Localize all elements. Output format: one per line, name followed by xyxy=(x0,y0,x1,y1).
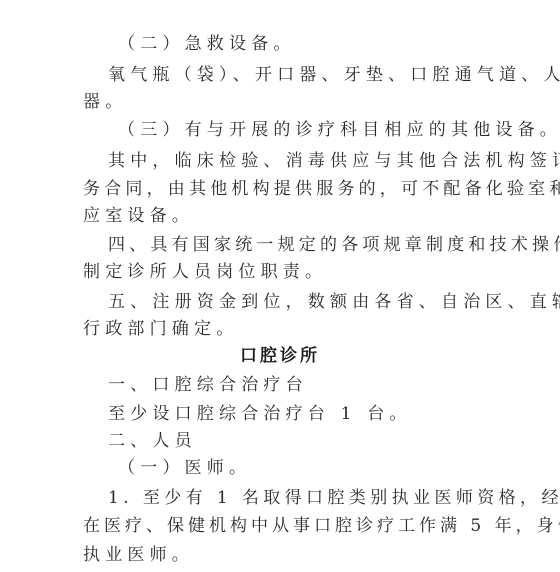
section-title: 口腔诊所 xyxy=(0,346,560,366)
document-page: （二）急救设备。 氧气瓶（袋）、开口器、牙垫、口腔通气道、人工呼吸 器。 （三）… xyxy=(0,0,560,572)
item-heading: 二、人员 xyxy=(108,431,533,451)
paragraph-line: 行政部门确定。 xyxy=(83,319,508,339)
subsection-heading: （一）医师。 xyxy=(118,458,543,478)
paragraph-line: 四、具有国家统一规定的各项规章制度和技术操作规范， xyxy=(108,235,533,255)
subsection-heading: （二）急救设备。 xyxy=(118,34,543,54)
paragraph-line: 氧气瓶（袋）、开口器、牙垫、口腔通气道、人工呼吸 xyxy=(108,65,533,85)
paragraph-line: 器。 xyxy=(83,92,508,112)
paragraph-line: 至少设口腔综合治疗台 1 台。 xyxy=(108,404,533,424)
item-heading: 一、口腔综合治疗台 xyxy=(108,375,533,395)
subsection-heading: （三）有与开展的诊疗科目相应的其他设备。 xyxy=(118,120,543,140)
paragraph-line: 应室设备。 xyxy=(83,206,508,226)
paragraph-line: 1. 至少有 1 名取得口腔类别执业医师资格，经注册后 xyxy=(108,488,533,508)
paragraph-line: 在医疗、保健机构中从事口腔诊疗工作满 5 年，身体健康的 xyxy=(83,516,508,536)
paragraph-line: 其中，临床检验、消毒供应与其他合法机构签订相关服 xyxy=(108,151,533,171)
paragraph-line: 务合同，由其他机构提供服务的，可不配备化验室和消毒供 xyxy=(83,179,508,199)
paragraph-line: 五、注册资金到位，数额由各省、自治区、直辖市卫生 xyxy=(108,292,533,312)
paragraph-line: 制定诊所人员岗位职责。 xyxy=(83,262,508,282)
paragraph-line: 执业医师。 xyxy=(83,545,508,565)
